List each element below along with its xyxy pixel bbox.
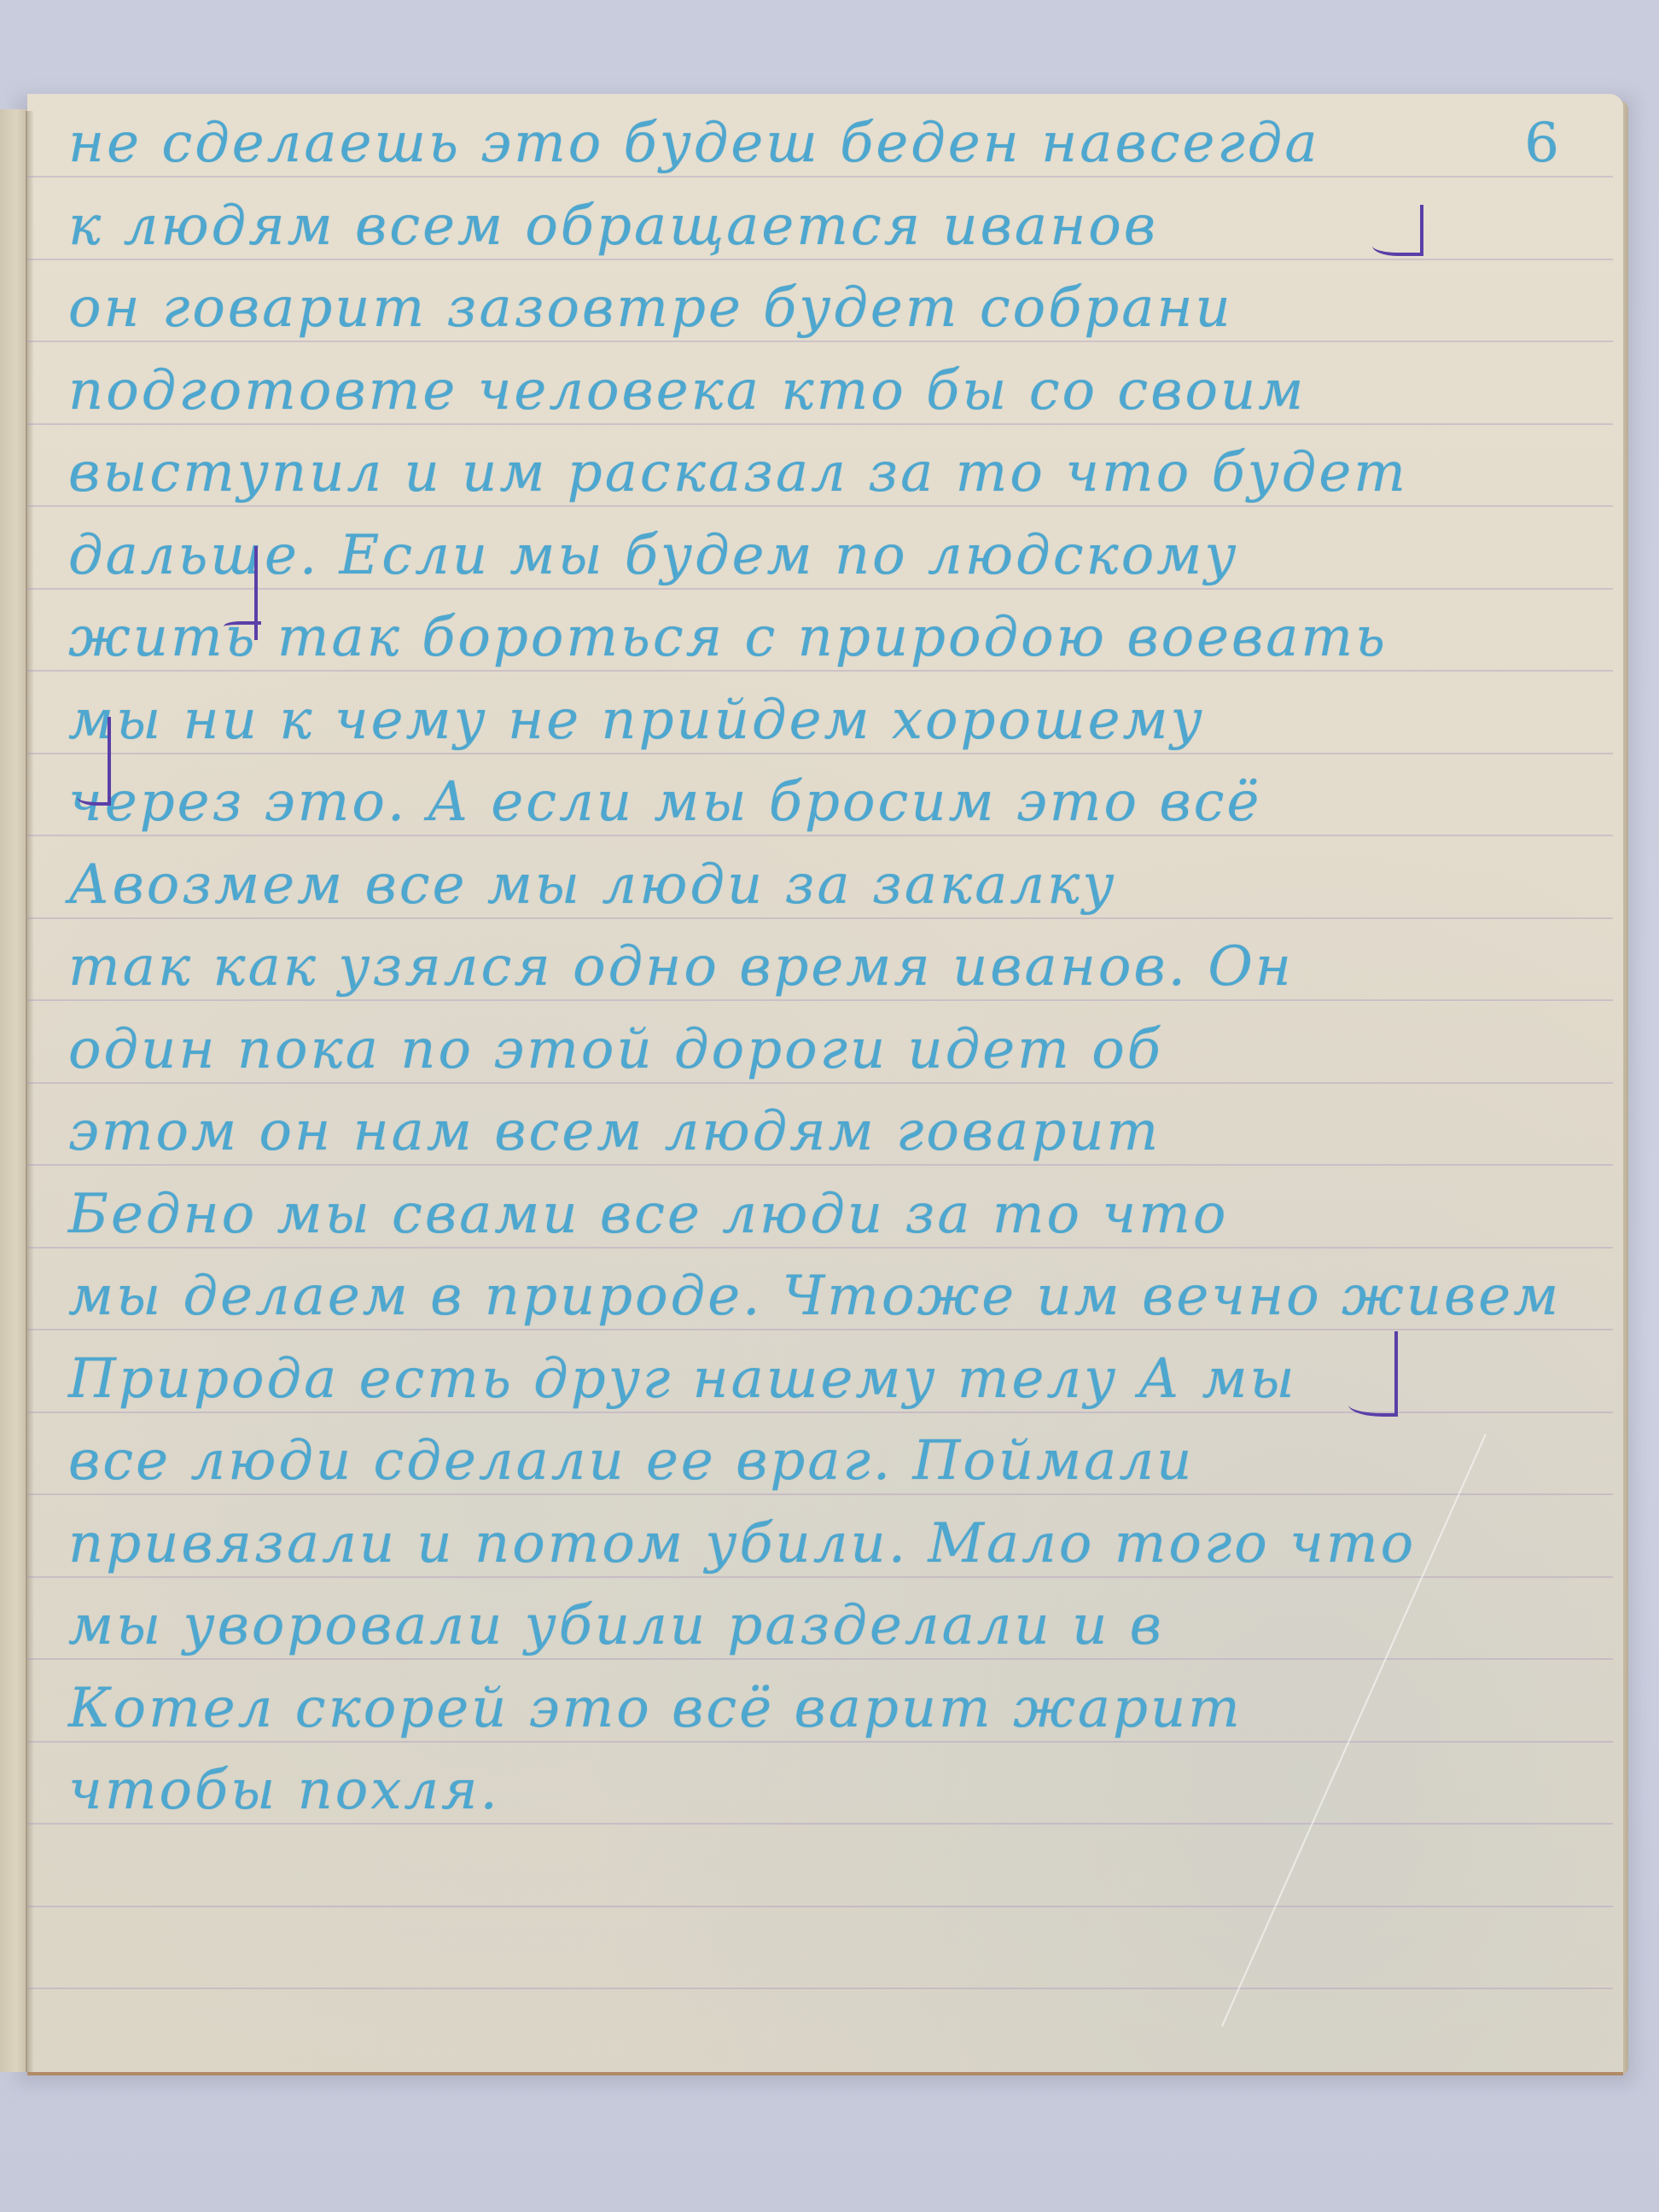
line-text: дальше. Если мы будем по людскому — [68, 524, 1238, 587]
line-text: к людям всем обращается иванов — [68, 195, 1158, 258]
line-text: так как узялся одно время иванов. Он — [68, 935, 1294, 998]
line-text: он говарит зазовтре будет собрани — [68, 276, 1233, 340]
line-text: этом он нам всем людям говарит — [68, 1100, 1161, 1163]
text-line: Авозмем все мы люди за закалку — [68, 844, 1587, 927]
text-line: мы ни к чему не прийдем хорошему — [68, 679, 1587, 762]
line-text: чтобы похля. — [68, 1759, 500, 1822]
text-line: Котел скорей это всё варит жарит — [68, 1668, 1587, 1750]
line-text: мы уворовали убили разделали и в — [68, 1594, 1164, 1657]
line-text: один пока по этой дороги идет об — [68, 1018, 1163, 1081]
text-line: жить так бороться с природою воевать — [68, 597, 1587, 679]
text-line: один пока по этой дороги идет об — [68, 1009, 1587, 1091]
line-text: мы делаем в природе. Чтоже им вечно живе… — [68, 1265, 1561, 1328]
text-line: привязали и потом убили. Мало того что — [68, 1503, 1587, 1586]
text-line: не сделаешь это будеш беден навсегда 6 — [68, 102, 1587, 185]
page-number: 6 — [1524, 102, 1562, 185]
line-text: через это. А если мы бросим это всё — [68, 771, 1261, 834]
text-line: этом он нам всем людям говарит — [68, 1091, 1587, 1173]
text-line: дальше. Если мы будем по людскому — [68, 515, 1587, 597]
text-line: к людям всем обращается иванов — [68, 185, 1587, 268]
left-page-edge — [0, 109, 29, 2072]
text-line: мы делаем в природе. Чтоже им вечно живе… — [68, 1255, 1587, 1338]
line-text: подготовте человека кто бы со своим — [68, 359, 1306, 422]
handwritten-text: не сделаешь это будеш беден навсегда 6 к… — [68, 102, 1587, 1832]
line-text: не сделаешь это будеш беден навсегда — [68, 112, 1319, 175]
line-text: Авозмем все мы люди за закалку — [68, 853, 1117, 917]
text-line: Природа есть друг нашему телу А мы — [68, 1338, 1587, 1421]
text-line: подготовте человека кто бы со своим — [68, 350, 1587, 433]
line-text: Бедно мы свами все люди за то что — [68, 1183, 1228, 1246]
line-text: все люди сделали ее враг. Поймали — [68, 1429, 1194, 1493]
line-text: привязали и потом убили. Мало того что — [68, 1512, 1416, 1575]
line-text: выступил и им расказал за то что будет — [68, 441, 1408, 504]
spine-shadow — [26, 111, 34, 2072]
text-line: Бедно мы свами все люди за то что — [68, 1173, 1587, 1256]
line-text: Природа есть друг нашему телу А мы — [68, 1348, 1297, 1411]
text-line: мы уворовали убили разделали и в — [68, 1585, 1587, 1668]
text-line: так как узялся одно время иванов. Он — [68, 926, 1587, 1009]
text-line: он говарит зазовтре будет собрани — [68, 267, 1587, 350]
line-text: жить так бороться с природою воевать — [68, 606, 1388, 669]
text-line: все люди сделали ее враг. Поймали — [68, 1420, 1587, 1503]
line-text: мы ни к чему не прийдем хорошему — [68, 689, 1205, 752]
text-line: чтобы похля. — [68, 1749, 1587, 1832]
line-text: Котел скорей это всё варит жарит — [68, 1677, 1243, 1740]
text-line: через это. А если мы бросим это всё — [68, 761, 1587, 844]
text-line: выступил и им расказал за то что будет — [68, 432, 1587, 515]
